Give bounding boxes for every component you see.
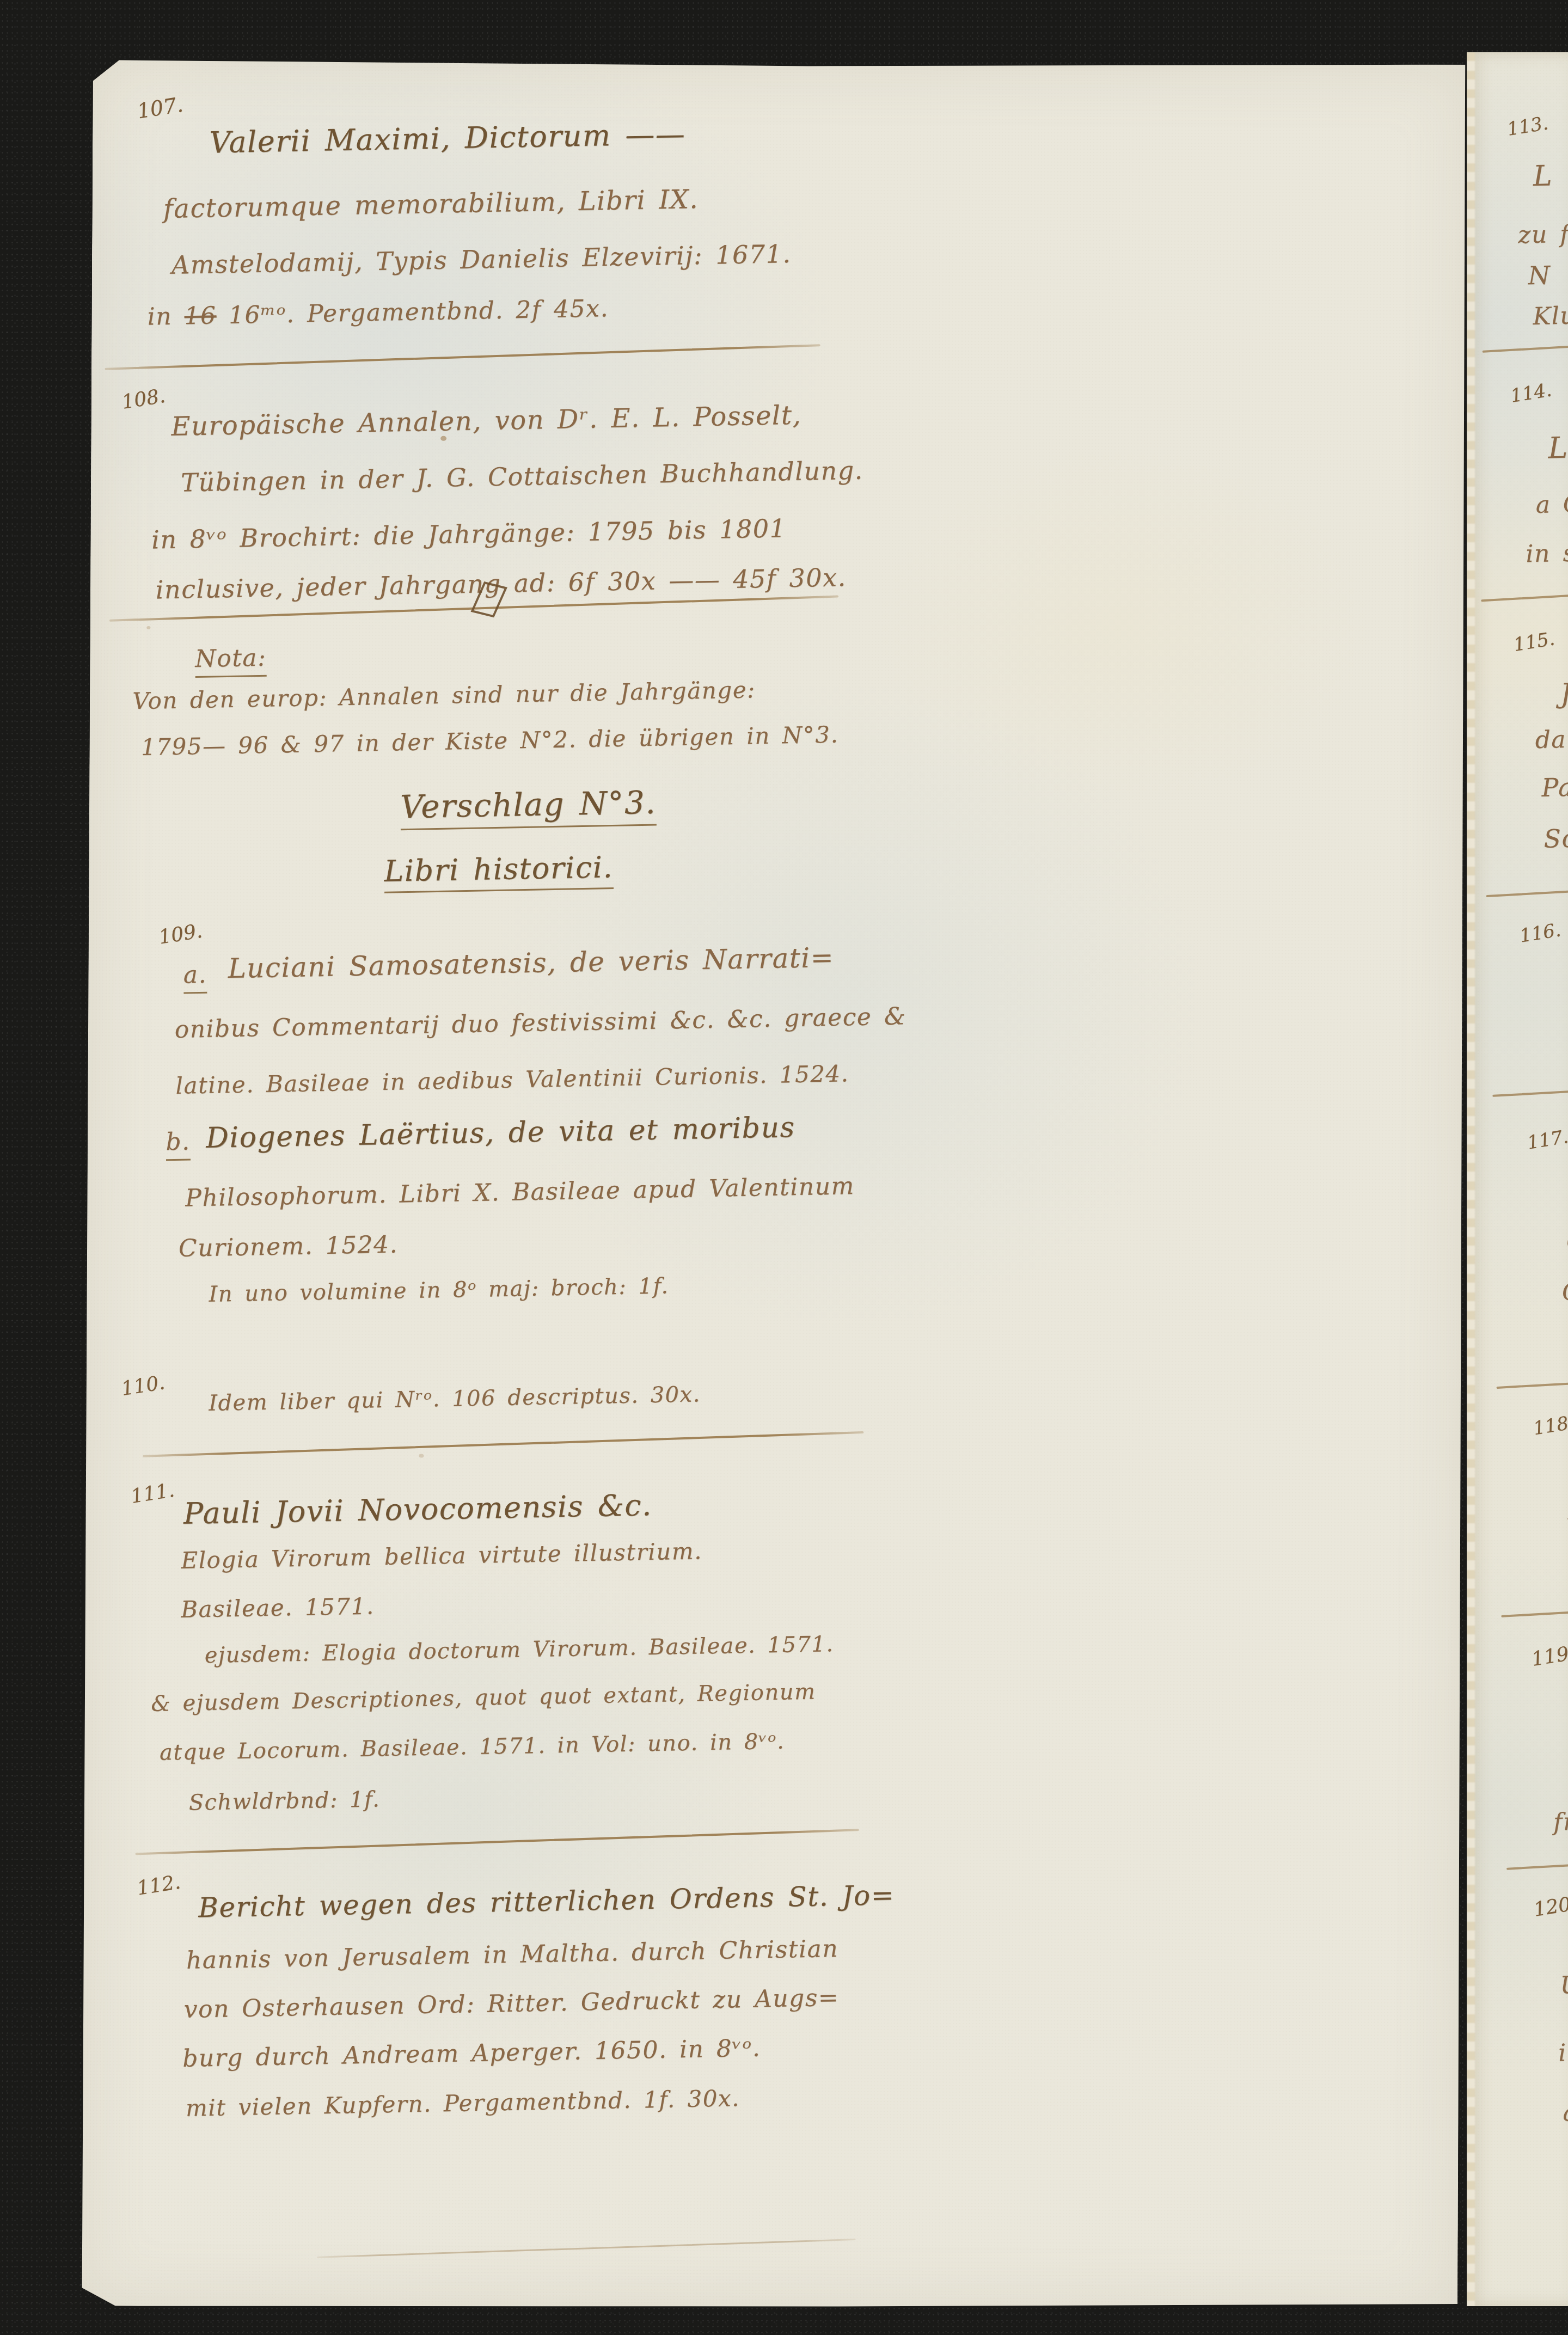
nota-line: Von den europ: Annalen sind nur die Jahr… [132, 676, 756, 714]
entry-120-fragment: an [1563, 2098, 1568, 2126]
entry-108-line: Europäische Annalen, von Dʳ. E. L. Posse… [171, 400, 802, 442]
entry-120-fragment: in Do [1558, 2038, 1568, 2067]
entry-111-line: Elogia Virorum bellica virtute illustriu… [181, 1537, 702, 1574]
entry-107-struck-text: 16 [184, 302, 217, 330]
entry-111-line: Basileae. 1571. [181, 1592, 375, 1623]
right-page-edge: 113. L zu f N Klu 114. L a C in s 115. J… [1467, 52, 1568, 2306]
divider [1492, 1089, 1568, 1097]
nota-heading: Nota: [195, 644, 267, 678]
nota-line: 1795— 96 & 97 in der Kiste N°2. die übri… [141, 721, 839, 760]
entry-109b-line: Curionem. 1524. [179, 1230, 399, 1262]
entry-114-number: 114. [1509, 379, 1553, 407]
entry-111-line: Schwldrbnd: 1f. [188, 1787, 380, 1815]
entry-110-line: Idem liber qui Nʳᵒ. 106 descriptus. 30x. [209, 1382, 701, 1416]
entry-112-line: von Osterhausen Ord: Ritter. Gedruckt zu… [183, 1984, 839, 2024]
entry-113-fragment: Klu [1533, 302, 1568, 330]
entry-109a-line: latine. Basileae in aedibus Valentinii C… [175, 1060, 849, 1099]
entry-109b-line: Philosophorum. Libri X. Basileae apud Va… [185, 1172, 855, 1212]
entry-109b-label: b. [166, 1127, 191, 1161]
entry-117-fragment: Cat [1561, 1278, 1568, 1307]
entry-111-line: & ejusdem Descriptiones, quot quot extan… [151, 1680, 816, 1717]
entry-107-line: Amstelodamij, Typis Danielis Elzevirij: … [171, 239, 791, 280]
section-heading-libri-historici: Libri historici. [384, 850, 614, 893]
entry-107-format-post: 16ᵐᵒ. Pergamentbnd. 2f 45x. [216, 295, 609, 329]
entry-111-line: ejusdem: Elogia doctorum Virorum. Basile… [204, 1632, 834, 1668]
entry-111-number: 111. [130, 1479, 176, 1508]
entry-111-line: atque Locorum. Basileae. 1571. in Vol: u… [160, 1729, 785, 1766]
entry-109a-line: onibus Commentarij duo festivissimi &c. … [174, 1002, 906, 1044]
entry-112-line: burg durch Andream Aperger. 1650. in 8ᵛᵒ… [182, 2034, 761, 2072]
entry-107-line: factorumque memorabilium, Libri IX. [163, 184, 699, 224]
entry-107-format-pre: in [147, 302, 185, 330]
entry-117-fragment: Co [1566, 1226, 1568, 1257]
entry-118-number: 118. [1532, 1412, 1568, 1440]
entry-112-line: Bericht wegen des ritterlichen Ordens St… [198, 1879, 895, 1923]
entry-119-fragment: frau [1553, 1807, 1568, 1836]
entry-117-number: 117. [1526, 1126, 1568, 1154]
divider [1506, 1862, 1568, 1870]
entry-107-number: 107. [136, 93, 185, 124]
divider [135, 1829, 859, 1855]
divider [1481, 594, 1568, 602]
entry-120-number: 120. [1532, 1892, 1568, 1921]
entry-109a-label: a. [183, 961, 207, 994]
section-heading-verschlag: Verschlag N°3. [400, 784, 657, 831]
entry-107-line: Valerii Maximi, Dictorum —— [209, 117, 685, 160]
entry-114-fragment: a C [1535, 490, 1568, 519]
entry-116-number: 116. [1518, 919, 1562, 947]
entry-108-number: 108. [120, 385, 167, 414]
entry-119-number: 119. [1530, 1642, 1568, 1671]
entry-115-fragment: J [1560, 678, 1568, 709]
entry-113-fragment: zu f [1518, 220, 1568, 249]
divider [1483, 345, 1568, 352]
right-page-writing: 113. L zu f N Klu 114. L a C in s 115. J… [1467, 52, 1568, 2306]
divider [1496, 1381, 1568, 1389]
entry-109b-line: In uno volumine in 8ᵒ maj: broch: 1f. [209, 1273, 669, 1307]
left-page-writing: 107. Valerii Maximi, Dictorum —— factoru… [93, 33, 1510, 2306]
divider [143, 1431, 863, 1457]
entry-109b-line: Diogenes Laërtius, de vita et moribus [206, 1111, 795, 1155]
entry-112-number: 112. [136, 1871, 182, 1900]
entry-111-line: Pauli Jovii Novocomensis &c. [183, 1488, 652, 1531]
entry-120-fragment: Unterr [1560, 1970, 1568, 1999]
divider [1486, 890, 1568, 897]
entry-114-fragment: L [1548, 431, 1568, 465]
entry-108-line: in 8ᵛᵒ Brochirt: die Jahrgänge: 1795 bis… [151, 513, 787, 554]
entry-110-number: 110. [120, 1371, 167, 1400]
entry-109a-line: Luciani Samosatensis, de veris Narrati= [228, 942, 835, 984]
entry-115-number: 115. [1512, 628, 1556, 656]
entry-113-fragment: L [1533, 160, 1553, 193]
entry-115-fragment: Sch [1543, 823, 1568, 854]
entry-115-fragment: dau [1535, 725, 1568, 754]
divider [317, 2239, 856, 2258]
left-page: 107. Valerii Maximi, Dictorum —— factoru… [81, 57, 1469, 2313]
entry-114-fragment: in s [1526, 539, 1568, 568]
divider [105, 344, 820, 370]
entry-113-number: 113. [1505, 112, 1549, 140]
entry-113-fragment: N [1528, 260, 1551, 290]
manuscript-scan: { "meta": { "description": "Handwritten … [0, 0, 1568, 2335]
entry-109-number: 109. [157, 920, 204, 949]
divider [1501, 1610, 1568, 1617]
entry-112-line: hannis von Jerusalem in Maltha. durch Ch… [186, 1935, 838, 1975]
entry-107-line: in 16 16ᵐᵒ. Pergamentbnd. 2f 45x. [147, 295, 609, 331]
entry-115-fragment: Par [1541, 772, 1568, 802]
entry-112-line: mit vielen Kupfern. Pergamentbnd. 1f. 30… [185, 2085, 740, 2122]
entry-108-line: Tübingen in der J. G. Cottaischen Buchha… [181, 456, 863, 498]
